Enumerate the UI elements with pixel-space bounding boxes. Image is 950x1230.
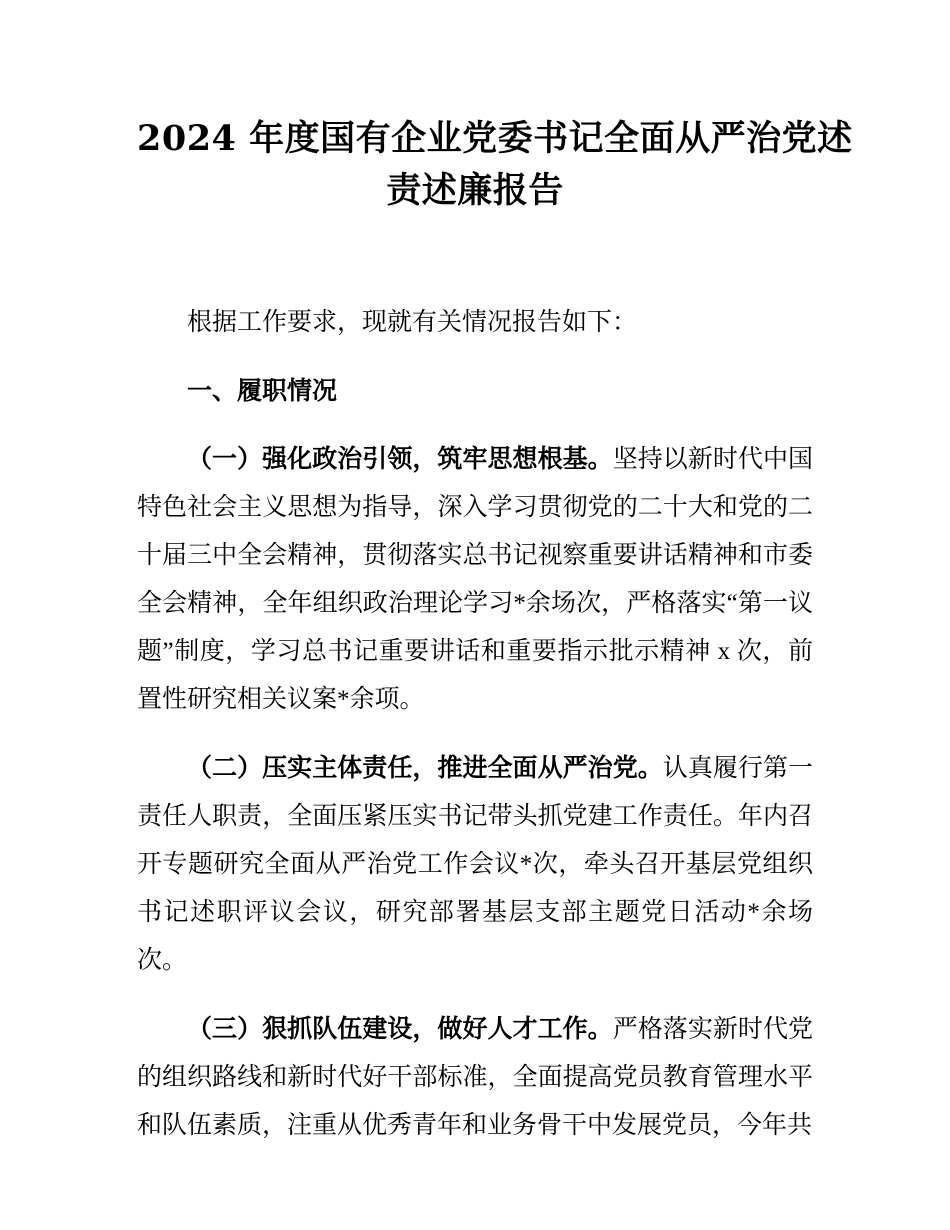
paragraph-1-lead: （一）强化政治引领，筑牢思想根基。 <box>187 445 613 473</box>
section-heading-1: 一、履职情况 <box>137 367 813 415</box>
intro-paragraph: 根据工作要求，现就有关情况报告如下： <box>137 299 813 347</box>
paragraph-3: （三）狠抓队伍建设，做好人才工作。严格落实新时代党的组织路线和新时代好干部标准，… <box>137 1005 813 1150</box>
document-title-line-2: 责述廉报告 <box>137 165 813 217</box>
paragraph-2-lead: （二）压实主体责任，推进全面从严治党。 <box>187 754 663 782</box>
paragraph-2-body: 认真履行第一责任人职责，全面压紧压实书记带头抓党建工作责任。年内召开专题研究全面… <box>137 755 813 974</box>
document-title: 2024 年度国有企业党委书记全面从严治党述 责述廉报告 <box>137 113 813 217</box>
document-title-line-1: 2024 年度国有企业党委书记全面从严治党述 <box>137 113 813 165</box>
paragraph-1: （一）强化政治引领，筑牢思想根基。坚持以新时代中国特色社会主义思想为指导，深入学… <box>137 435 813 724</box>
paragraph-2: （二）压实主体责任，推进全面从严治党。认真履行第一责任人职责，全面压紧压实书记带… <box>137 744 813 985</box>
paragraph-1-body: 坚持以新时代中国特色社会主义思想为指导，深入学习贯彻党的二十大和党的二十届三中全… <box>137 446 813 713</box>
document-page: 2024 年度国有企业党委书记全面从严治党述 责述廉报告 根据工作要求，现就有关… <box>0 0 950 1230</box>
paragraph-3-lead: （三）狠抓队伍建设，做好人才工作。 <box>187 1015 613 1043</box>
